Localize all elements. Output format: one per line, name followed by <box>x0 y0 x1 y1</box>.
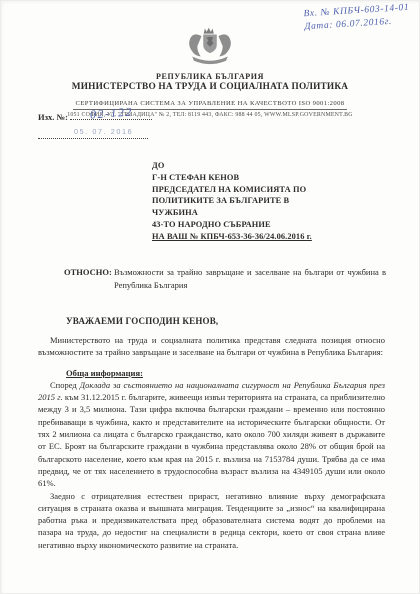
scanned-letter-page: Вх. № КПБЧ-603-14-01 Дата: 06.07.2016г. … <box>0 0 420 594</box>
recipient-line: ПОЛИТИКИТЕ ЗА БЪЛГАРИТЕ В <box>152 195 388 207</box>
subject-line: ОТНОСНО: Възможности за трайно завръщане… <box>64 266 386 292</box>
recipient-line: ПРЕДСЕДАТЕЛ НА КОМИСИЯТА ПО <box>152 184 388 196</box>
recipient-line: ДО <box>152 160 388 172</box>
migration-paragraph: Заедно с отрицателния естествен прираст,… <box>38 490 385 551</box>
recipient-block: ДО Г-Н СТЕФАН КЕНОВ ПРЕДСЕДАТЕЛ НА КОМИС… <box>152 160 388 243</box>
your-reference-number: НА ВАШ № КПБЧ-653-36-36/24.06.2016 г. <box>152 231 388 243</box>
letterhead-ministry: МИНИСТЕРСТВО НА ТРУДА И СОЦИАЛНАТА ПОЛИТ… <box>0 82 420 92</box>
section-heading: Обща информация: <box>66 367 385 379</box>
subject-text: Възможности за трайно завръщане и заселв… <box>114 266 386 292</box>
outgoing-number-label: Изх. №: <box>38 112 68 122</box>
letter-body: Министерството на труда и социалната пол… <box>38 334 385 551</box>
salutation: УВАЖАЕМИ ГОСПОДИН КЕНОВ, <box>66 316 218 326</box>
paragraph-text: към 31.12.2015 г. българите, живеещи изв… <box>38 392 385 488</box>
letterhead: РЕПУБЛИКА БЪЛГАРИЯ МИНИСТЕРСТВО НА ТРУДА… <box>0 26 420 118</box>
dotted-line <box>38 138 148 139</box>
subject-label: ОТНОСНО: <box>64 266 114 292</box>
letterhead-country: РЕПУБЛИКА БЪЛГАРИЯ <box>0 72 420 81</box>
received-date-stamp: 05. 07. 2016 <box>74 127 133 136</box>
recipient-line: 43-ТО НАРОДНО СЪБРАНИЕ <box>152 219 388 231</box>
outgoing-ref-block: Изх. №: 02-122 05. 07. 2016 <box>38 112 208 122</box>
paragraph-text: Според <box>50 380 80 390</box>
bulgaria-coat-of-arms-icon <box>184 26 236 70</box>
recipient-line: ЧУЖБИНА <box>152 207 388 219</box>
statistics-paragraph: Според Доклада за състоянието на национа… <box>38 379 385 490</box>
recipient-line: Г-Н СТЕФАН КЕНОВ <box>152 172 388 184</box>
intro-paragraph: Министерството на труда и социалната пол… <box>38 334 385 359</box>
handwritten-outgoing-number: 02-122 <box>90 105 134 123</box>
